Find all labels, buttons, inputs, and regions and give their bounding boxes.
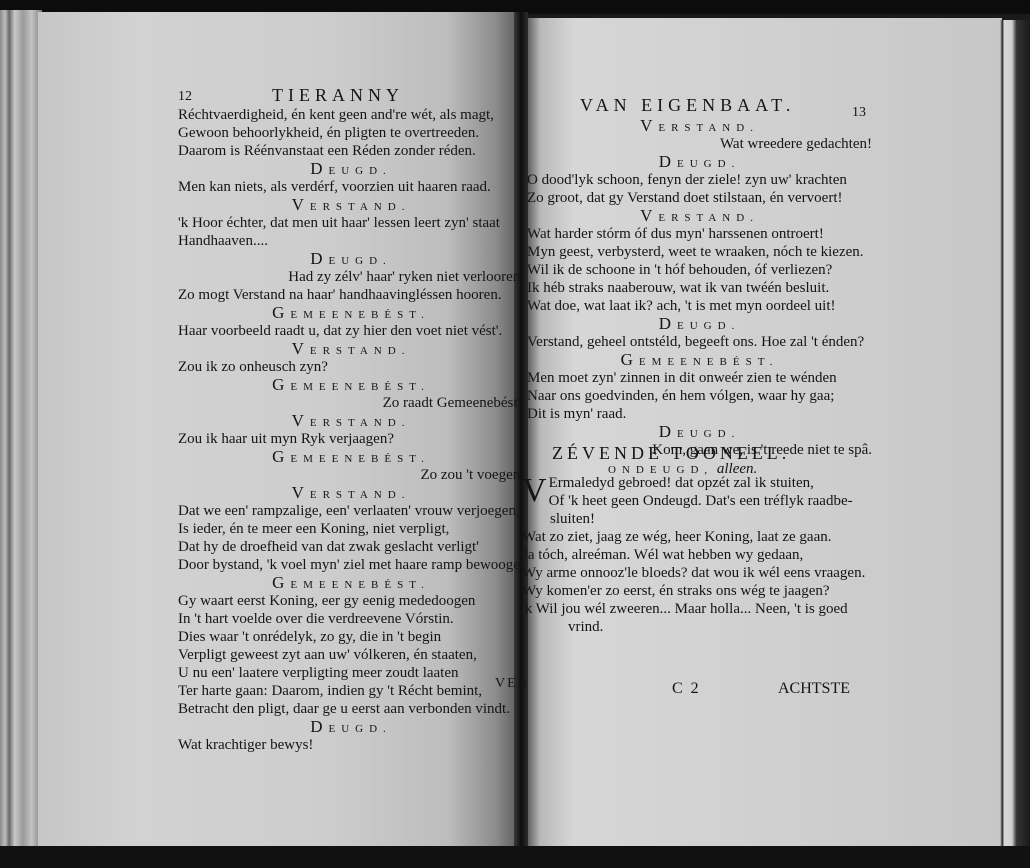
scene-verse-line: sluiten! — [522, 510, 865, 528]
verse-line: Wat krachtiger bewys! — [178, 736, 524, 754]
drop-cap: V — [522, 476, 547, 506]
verse-line: Dat hy de droefheid van dat zwak geslach… — [178, 538, 524, 556]
verse-line: Door bystand, 'k voel myn' ziel met haar… — [178, 556, 524, 574]
left-page-body: Réchtvaerdigheid, én kent geen and're wé… — [178, 106, 524, 754]
speaker-name: Verstand. — [527, 117, 872, 135]
verse-line: Gewoon behoorlykheid, én pligten te over… — [178, 124, 524, 142]
left-running-head: TIERANNY — [272, 86, 404, 104]
scene-verse-line: Ja tóch, alreéman. Wél wat hebben wy ged… — [522, 546, 865, 564]
speaker-name: Verstand. — [178, 340, 524, 358]
verse-line: Myn geest, verbysterd, weet te wraaken, … — [527, 243, 872, 261]
verse-line: Haar voorbeeld raadt u, dat zy hier den … — [178, 322, 524, 340]
speaker-name: Deugd. — [527, 315, 872, 333]
verse-line: Zo groot, dat gy Verstand doet stilstaan… — [527, 189, 872, 207]
verse-line: Dies waar 't onrédelyk, zo gy, die in 't… — [178, 628, 524, 646]
verse-line: Daarom is Réénvanstaat een Réden zonder … — [178, 142, 524, 160]
speaker-name: Verstand. — [527, 207, 872, 225]
verse-line: Zo zou 't voegen. — [178, 466, 524, 484]
left-catchword: VER — [495, 676, 529, 692]
verse-line: Gy waart eerst Koning, eer gy eenig mede… — [178, 592, 524, 610]
scene-verse-line: Wy komen'er zo eerst, én straks ons wég … — [522, 582, 865, 600]
verse-line: Zo mogt Verstand na haar' handhaavinglés… — [178, 286, 524, 304]
scene-verse: V Ermaledyd gebroed! dat opzét zal ik st… — [522, 474, 865, 636]
scene-verse-line: vrind. — [522, 618, 865, 636]
verse-line: 'k Hoor échter, dat men uit haar' lessen… — [178, 214, 524, 232]
speaker-name: Deugd. — [178, 250, 524, 268]
scene-verse-line: 'k Wil jou wél zweeren... Maar holla... … — [522, 600, 865, 618]
speaker-name: Deugd. — [527, 153, 872, 171]
verse-line: Wat doe, wat laat ik? ach, 't is met myn… — [527, 297, 872, 315]
speaker-name: Gemeenebést. — [527, 351, 872, 369]
verse-line: Betracht den pligt, daar ge u eerst aan … — [178, 700, 524, 718]
speaker-name: Verstand. — [178, 412, 524, 430]
right-catchword: ACHTSTE — [778, 680, 850, 698]
verse-line: Ter harte gaan: Daarom, indien gy 't Réc… — [178, 682, 524, 700]
verse-line: Verstand, geheel ontstéld, begeeft ons. … — [527, 333, 872, 351]
speaker-name: Deugd. — [178, 160, 524, 178]
scene-verse-line: Of 'k heet geen Ondeugd. Dat's een tréfl… — [522, 492, 865, 510]
verse-line: Wat harder stórm óf dus myn' harssenen o… — [527, 225, 872, 243]
verse-line: Wat wreedere gedachten! — [527, 135, 872, 153]
verse-line: Zo raadt Gemeenebést'. — [178, 394, 524, 412]
verse-line: Zou ik haar uit myn Ryk verjaagen? — [178, 430, 524, 448]
verse-line: O dood'lyk schoon, fenyn der ziele! zyn … — [527, 171, 872, 189]
verse-line: Ik héb straks naaberouw, wat ik van twéé… — [527, 279, 872, 297]
verse-line: In 't hart voelde over die verdreevene V… — [178, 610, 524, 628]
verse-line: Wil ik de schoone in 't hóf behouden, óf… — [527, 261, 872, 279]
verse-line: Dit is myn' raad. — [527, 405, 872, 423]
verse-line: Men moet zyn' zinnen in dit onweér zien … — [527, 369, 872, 387]
verse-line: U nu een' laatere verpligting meer zoudt… — [178, 664, 524, 682]
speaker-name: Verstand. — [178, 196, 524, 214]
verse-line: Handhaaven.... — [178, 232, 524, 250]
scene-verse-line: Wat zo ziet, jaag ze wég, heer Koning, l… — [522, 528, 865, 546]
verse-line: Men kan niets, als verdérf, voorzien uit… — [178, 178, 524, 196]
signature-mark: C 2 — [672, 680, 701, 698]
speaker-name: Gemeenebést. — [178, 574, 524, 592]
verse-line: Naar ons goedvinden, én hem vólgen, waar… — [527, 387, 872, 405]
scene-lines: Ermaledyd gebroed! dat opzét zal ik stui… — [522, 474, 865, 636]
speaker-name: Gemeenebést. — [178, 448, 524, 466]
verse-line: Réchtvaerdigheid, én kent geen and're wé… — [178, 106, 524, 124]
left-folio: 12 — [178, 88, 192, 106]
scene-verse-line: Ermaledyd gebroed! dat opzét zal ik stui… — [522, 474, 865, 492]
speaker-name: Gemeenebést. — [178, 304, 524, 322]
right-page-body: Verstand.Wat wreedere gedachten!Deugd.O … — [527, 117, 872, 459]
verse-line: Verpligt geweest zyt aan uw' vólkeren, é… — [178, 646, 524, 664]
verse-line: Dat we een' rampzalige, een' verlaaten' … — [178, 502, 524, 520]
right-page-edges — [1000, 20, 1030, 850]
speaker-name: Gemeenebést. — [178, 376, 524, 394]
verse-line: Is ieder, én te meer een Koning, niet ve… — [178, 520, 524, 538]
right-running-head: VAN EIGENBAAT. — [580, 96, 795, 114]
speaker-name: Deugd. — [178, 718, 524, 736]
book-bottom-shadow — [0, 846, 1030, 868]
speaker-name: Verstand. — [178, 484, 524, 502]
verse-line: Zou ik zo onheusch zyn? — [178, 358, 524, 376]
verse-line: Had zy zélv' haar' ryken niet verlooren, — [178, 268, 524, 286]
scene-verse-line: Wy arme onnooz'le bloeds? dat wou ik wél… — [522, 564, 865, 582]
left-page-edges — [0, 10, 42, 850]
